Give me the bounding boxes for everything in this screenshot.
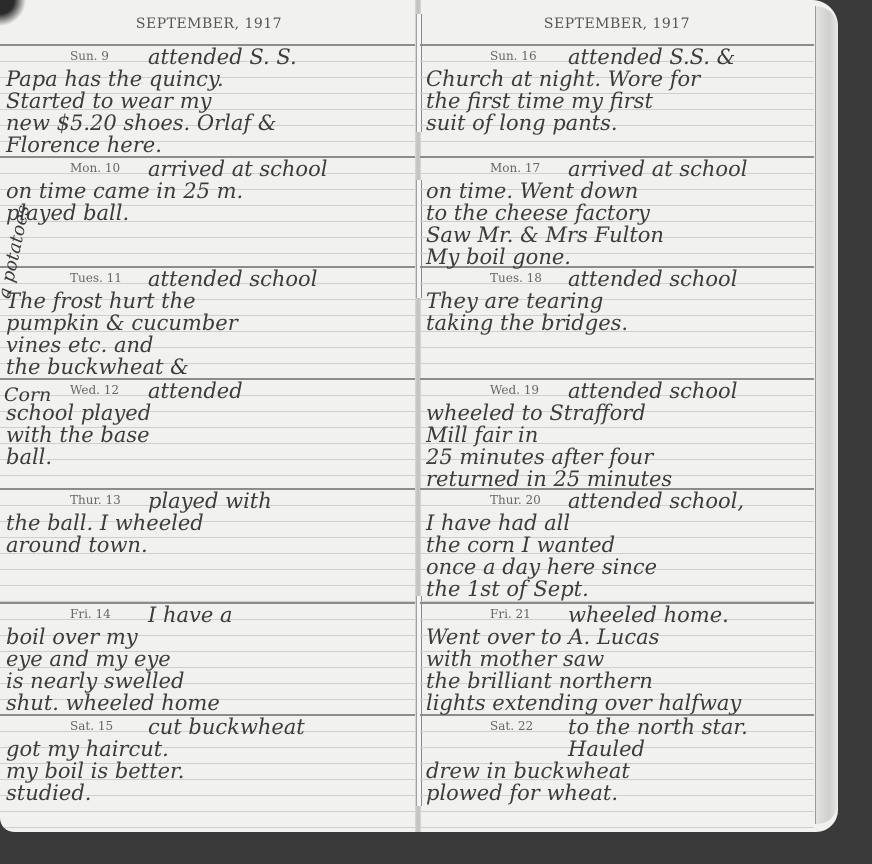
day-entry: Mon. 17arrived at schoolon time. Went do… — [420, 158, 814, 268]
handwritten-entry: wheeled home.Went over to A. Lucaswith m… — [426, 604, 808, 714]
handwritten-line: attended school — [426, 268, 808, 290]
handwritten-line: Mill fair in — [426, 424, 808, 446]
handwritten-line: suit of long pants. — [426, 112, 808, 134]
handwritten-entry: I have aboil over myeye and my eyeis nea… — [6, 604, 412, 714]
day-entry: Mon. 10arrived at schoolon time came in … — [0, 158, 418, 268]
handwritten-entry: arrived at schoolon time. Went downto th… — [426, 158, 808, 268]
handwritten-entry: attended schoolwheeled to StraffordMill … — [426, 380, 808, 490]
handwritten-line: around town. — [6, 534, 412, 556]
handwritten-line: plowed for wheat. — [426, 782, 808, 804]
right-page: SEPTEMBER, 1917 Sun. 16attended S.S. &Ch… — [420, 0, 814, 832]
handwritten-line: with mother saw — [426, 648, 808, 670]
handwritten-line: new $5.20 shoes. Orlaf & — [6, 112, 412, 134]
handwritten-line: on time. Went down — [426, 180, 808, 202]
day-entry: Thur. 20attended school,I have had allth… — [420, 490, 814, 604]
day-entry: Sun. 16attended S.S. &Church at night. W… — [420, 46, 814, 158]
handwritten-line: the corn I wanted — [426, 534, 808, 556]
handwritten-line: wheeled to Strafford — [426, 402, 808, 424]
handwritten-line: vines etc. and — [6, 334, 412, 356]
handwritten-line: Florence here. — [6, 134, 412, 156]
handwritten-entry: attended S.S. &Church at night. Wore for… — [426, 46, 808, 134]
handwritten-line: played with — [6, 490, 412, 512]
handwritten-line: My boil gone. — [426, 246, 808, 268]
day-entry: Fri. 21wheeled home.Went over to A. Luca… — [420, 604, 814, 716]
handwritten-line: played ball. — [6, 202, 412, 224]
handwritten-line: attended — [6, 380, 412, 402]
handwritten-entry: attended S. S.Papa has the quincy.Starte… — [6, 46, 412, 156]
handwritten-line: arrived at school — [426, 158, 808, 180]
diary-spread: SEPTEMBER, 1917 Sun. 9attended S. S.Papa… — [0, 0, 838, 832]
handwritten-line: school played — [6, 402, 412, 424]
handwritten-line: the buckwheat & — [6, 356, 412, 378]
handwritten-line: to the cheese factory — [426, 202, 808, 224]
handwritten-line: on time came in 25 m. — [6, 180, 412, 202]
handwritten-line: is nearly swelled — [6, 670, 412, 692]
handwritten-line: ball. — [6, 446, 412, 468]
handwritten-line: my boil is better. — [6, 760, 412, 782]
day-entry: Wed. 12attendedschool playedwith the bas… — [0, 380, 418, 490]
handwritten-entry: attendedschool playedwith the baseball. — [6, 380, 412, 468]
handwritten-line: the 1st of Sept. — [426, 578, 808, 600]
margin-note: Corn — [4, 384, 51, 406]
handwritten-line: with the base — [6, 424, 412, 446]
handwritten-entry: attended schoolThey are tearingtaking th… — [426, 268, 808, 334]
day-entry: Fri. 14I have aboil over myeye and my ey… — [0, 604, 418, 716]
day-entry: Thur. 13played withthe ball. I wheeledar… — [0, 490, 418, 604]
day-entry: Tues. 11attended schoolThe frost hurt th… — [0, 268, 418, 380]
handwritten-line: the ball. I wheeled — [6, 512, 412, 534]
handwritten-line: Started to wear my — [6, 90, 412, 112]
left-page: SEPTEMBER, 1917 Sun. 9attended S. S.Papa… — [0, 0, 418, 832]
handwritten-line: the first time my first — [426, 90, 808, 112]
handwritten-line: lights extending over halfway — [426, 692, 808, 714]
handwritten-line: I have had all — [426, 512, 808, 534]
day-entry: Wed. 19attended schoolwheeled to Straffo… — [420, 380, 814, 490]
day-entry: Tues. 18attended schoolThey are tearingt… — [420, 268, 814, 380]
handwritten-line: once a day here since — [426, 556, 808, 578]
handwritten-line: Papa has the quincy. — [6, 68, 412, 90]
handwritten-entry: attended school,I have had allthe corn I… — [426, 490, 808, 600]
handwritten-line: attended school — [6, 268, 412, 290]
handwritten-entry: to the north star. Hauleddrew in buckwhe… — [426, 716, 808, 804]
handwritten-line: They are tearing — [426, 290, 808, 312]
handwritten-line: pumpkin & cucumber — [6, 312, 412, 334]
handwritten-line: arrived at school — [6, 158, 412, 180]
handwritten-line: studied. — [6, 782, 412, 804]
handwritten-line: boil over my — [6, 626, 412, 648]
handwritten-line: attended school — [426, 380, 808, 402]
handwritten-line: returned in 25 minutes — [426, 468, 808, 490]
handwritten-entry: cut buckwheatgot my haircut.my boil is b… — [6, 716, 412, 804]
handwritten-line: Went over to A. Lucas — [426, 626, 808, 648]
handwritten-line: the brilliant northern — [426, 670, 808, 692]
handwritten-line: The frost hurt the — [6, 290, 412, 312]
day-entry: Sat. 22to the north star. Hauleddrew in … — [420, 716, 814, 832]
handwritten-line: 25 minutes after four — [426, 446, 808, 468]
handwritten-line: attended school, — [426, 490, 808, 512]
handwritten-entry: played withthe ball. I wheeledaround tow… — [6, 490, 412, 556]
day-entry: Sat. 15cut buckwheatgot my haircut.my bo… — [0, 716, 418, 832]
handwritten-line: to the north star. Hauled — [426, 716, 808, 760]
handwritten-line: attended S.S. & — [426, 46, 808, 68]
handwritten-line: attended S. S. — [6, 46, 412, 68]
handwritten-line: got my haircut. — [6, 738, 412, 760]
handwritten-line: shut. wheeled home — [6, 692, 412, 714]
handwritten-line: wheeled home. — [426, 604, 808, 626]
handwritten-line: taking the bridges. — [426, 312, 808, 334]
handwritten-line: Church at night. Wore for — [426, 68, 808, 90]
handwritten-entry: attended schoolThe frost hurt thepumpkin… — [6, 268, 412, 378]
day-entry: Sun. 9attended S. S.Papa has the quincy.… — [0, 46, 418, 158]
handwritten-line: drew in buckwheat — [426, 760, 808, 782]
handwritten-line: Saw Mr. & Mrs Fulton — [426, 224, 808, 246]
handwritten-entry: arrived at schoolon time came in 25 m.pl… — [6, 158, 412, 224]
handwritten-line: I have a — [6, 604, 412, 626]
handwritten-line: cut buckwheat — [6, 716, 412, 738]
page-header: SEPTEMBER, 1917 — [420, 16, 814, 32]
handwritten-line: eye and my eye — [6, 648, 412, 670]
page-header: SEPTEMBER, 1917 — [0, 16, 418, 32]
